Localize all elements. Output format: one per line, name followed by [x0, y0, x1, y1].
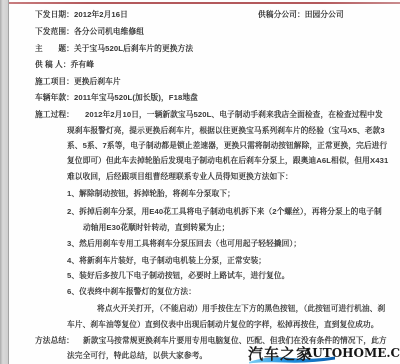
step6-note-line: 车片、刹车油等复位）直到仪表中出现后制动片复位的字样，松掉再按住，直到复位成功。: [67, 320, 379, 329]
screenshot-left-edge: [0, 0, 9, 364]
issue-date-field: 下发日期：2012年2月16日: [35, 10, 128, 19]
subject-field: 主 题：关于宝马520L后刹车片的更换方法: [35, 44, 193, 53]
vehicle-value: 2011年宝马520L(加长版)，F18地盘: [74, 93, 198, 102]
branch-label: 供稿分公司：: [258, 10, 305, 19]
project-label: 施工项目：: [35, 77, 74, 86]
issue-date-label: 下发日期：: [35, 10, 74, 19]
subject-value: 关于宝马520L后刹车片的更换方法: [74, 44, 193, 53]
vehicle-label: 车辆年款：: [35, 93, 74, 102]
process-step-5: 5、装好后多按几下电子制动按钮，必要时上路试车，进行复位。: [67, 271, 289, 280]
branch-value: 田园分公司: [305, 10, 344, 19]
process-line: 复位即可）但此车去掉轮胎后发现电子制动电机在后刹车分泵上，跟奥迪A6L相似，但用…: [67, 156, 388, 165]
branch-field: 供稿分公司：田园分公司: [258, 10, 344, 19]
process-step-1: 1、解除制动按钮，拆掉轮胎，将刹车分泵取下；: [67, 189, 235, 198]
process-line: 现刹车报警灯亮，提示更换后刹车片，根据以往更换宝马系列刹车片的经验（宝马X5、老…: [67, 126, 385, 135]
document-page: { "meta": { "issue_date_label": "下发日期：",…: [0, 0, 400, 364]
top-accent-line: [9, 2, 400, 4]
process-step-4: 4、将新刹车片装好，电子制动电机装上分泵，正常安装；: [67, 256, 266, 265]
process-line: 系、5系、7系等，电子制动都是锁止差速器，更换只需将制动按钮解除，正常更换，完后…: [67, 141, 387, 150]
process-label: 施工过程：: [35, 110, 74, 119]
summary-label: 方法总结：: [35, 336, 74, 345]
scope-label: 下发范围：: [35, 27, 74, 36]
scope-field: 下发范围：各分公司机电维修组: [35, 27, 144, 36]
process-step-2: 2、拆掉后刹车分泵，用E40花工具将电子制动电机拆下来（2个螺丝），再将分泵上的…: [67, 207, 382, 216]
author-label: 供 稿 人：: [35, 60, 71, 69]
subject-label: 主 题：: [35, 44, 74, 53]
process-step-6: 6、仪表终中刹车报警灯的复位方法：: [67, 287, 196, 296]
process-line: 2012年2月10日，一辆新款宝马520L、电子制动手刹来我店全面检查，在检查过…: [85, 110, 383, 119]
scope-value: 各分公司机电维修组: [74, 27, 144, 36]
watermark-site-url: AUTOHOME.COM.CN: [303, 346, 400, 360]
author-field: 供 稿 人：乔有峰: [35, 60, 94, 69]
step6-note-line: 将点火开关打开，（不能启动）用手按住左下方的黑色按钮，（此按钮可进行机油、刹: [97, 304, 385, 313]
summary-line: 新款宝马按常规更换刹车片要用专用电脑复位、匹配、但我们在没有条件的情况下，此方: [83, 336, 387, 345]
process-line: 难以收回，后经跟项目组曹经理联系专业人员得知更换方法如下：: [67, 172, 293, 181]
project-value: 更换后刹车片: [74, 77, 121, 86]
summary-line: 法完全可行，特此总结，以供大家参考。: [67, 351, 207, 360]
process-step-2-cont: 动轴用E30花顺时针转动，直到转紧为止；: [83, 223, 229, 232]
process-step-3: 3、然后用刹车专用工具将刹车分泵压回去（也可用起子轻轻撬回）；: [67, 239, 301, 248]
project-field: 施工项目：更换后刹车片: [35, 77, 121, 86]
vehicle-field: 车辆年款：2011年宝马520L(加长版)，F18地盘: [35, 93, 198, 102]
issue-date-value: 2012年2月16日: [74, 10, 128, 19]
author-value: 乔有峰: [71, 60, 94, 69]
